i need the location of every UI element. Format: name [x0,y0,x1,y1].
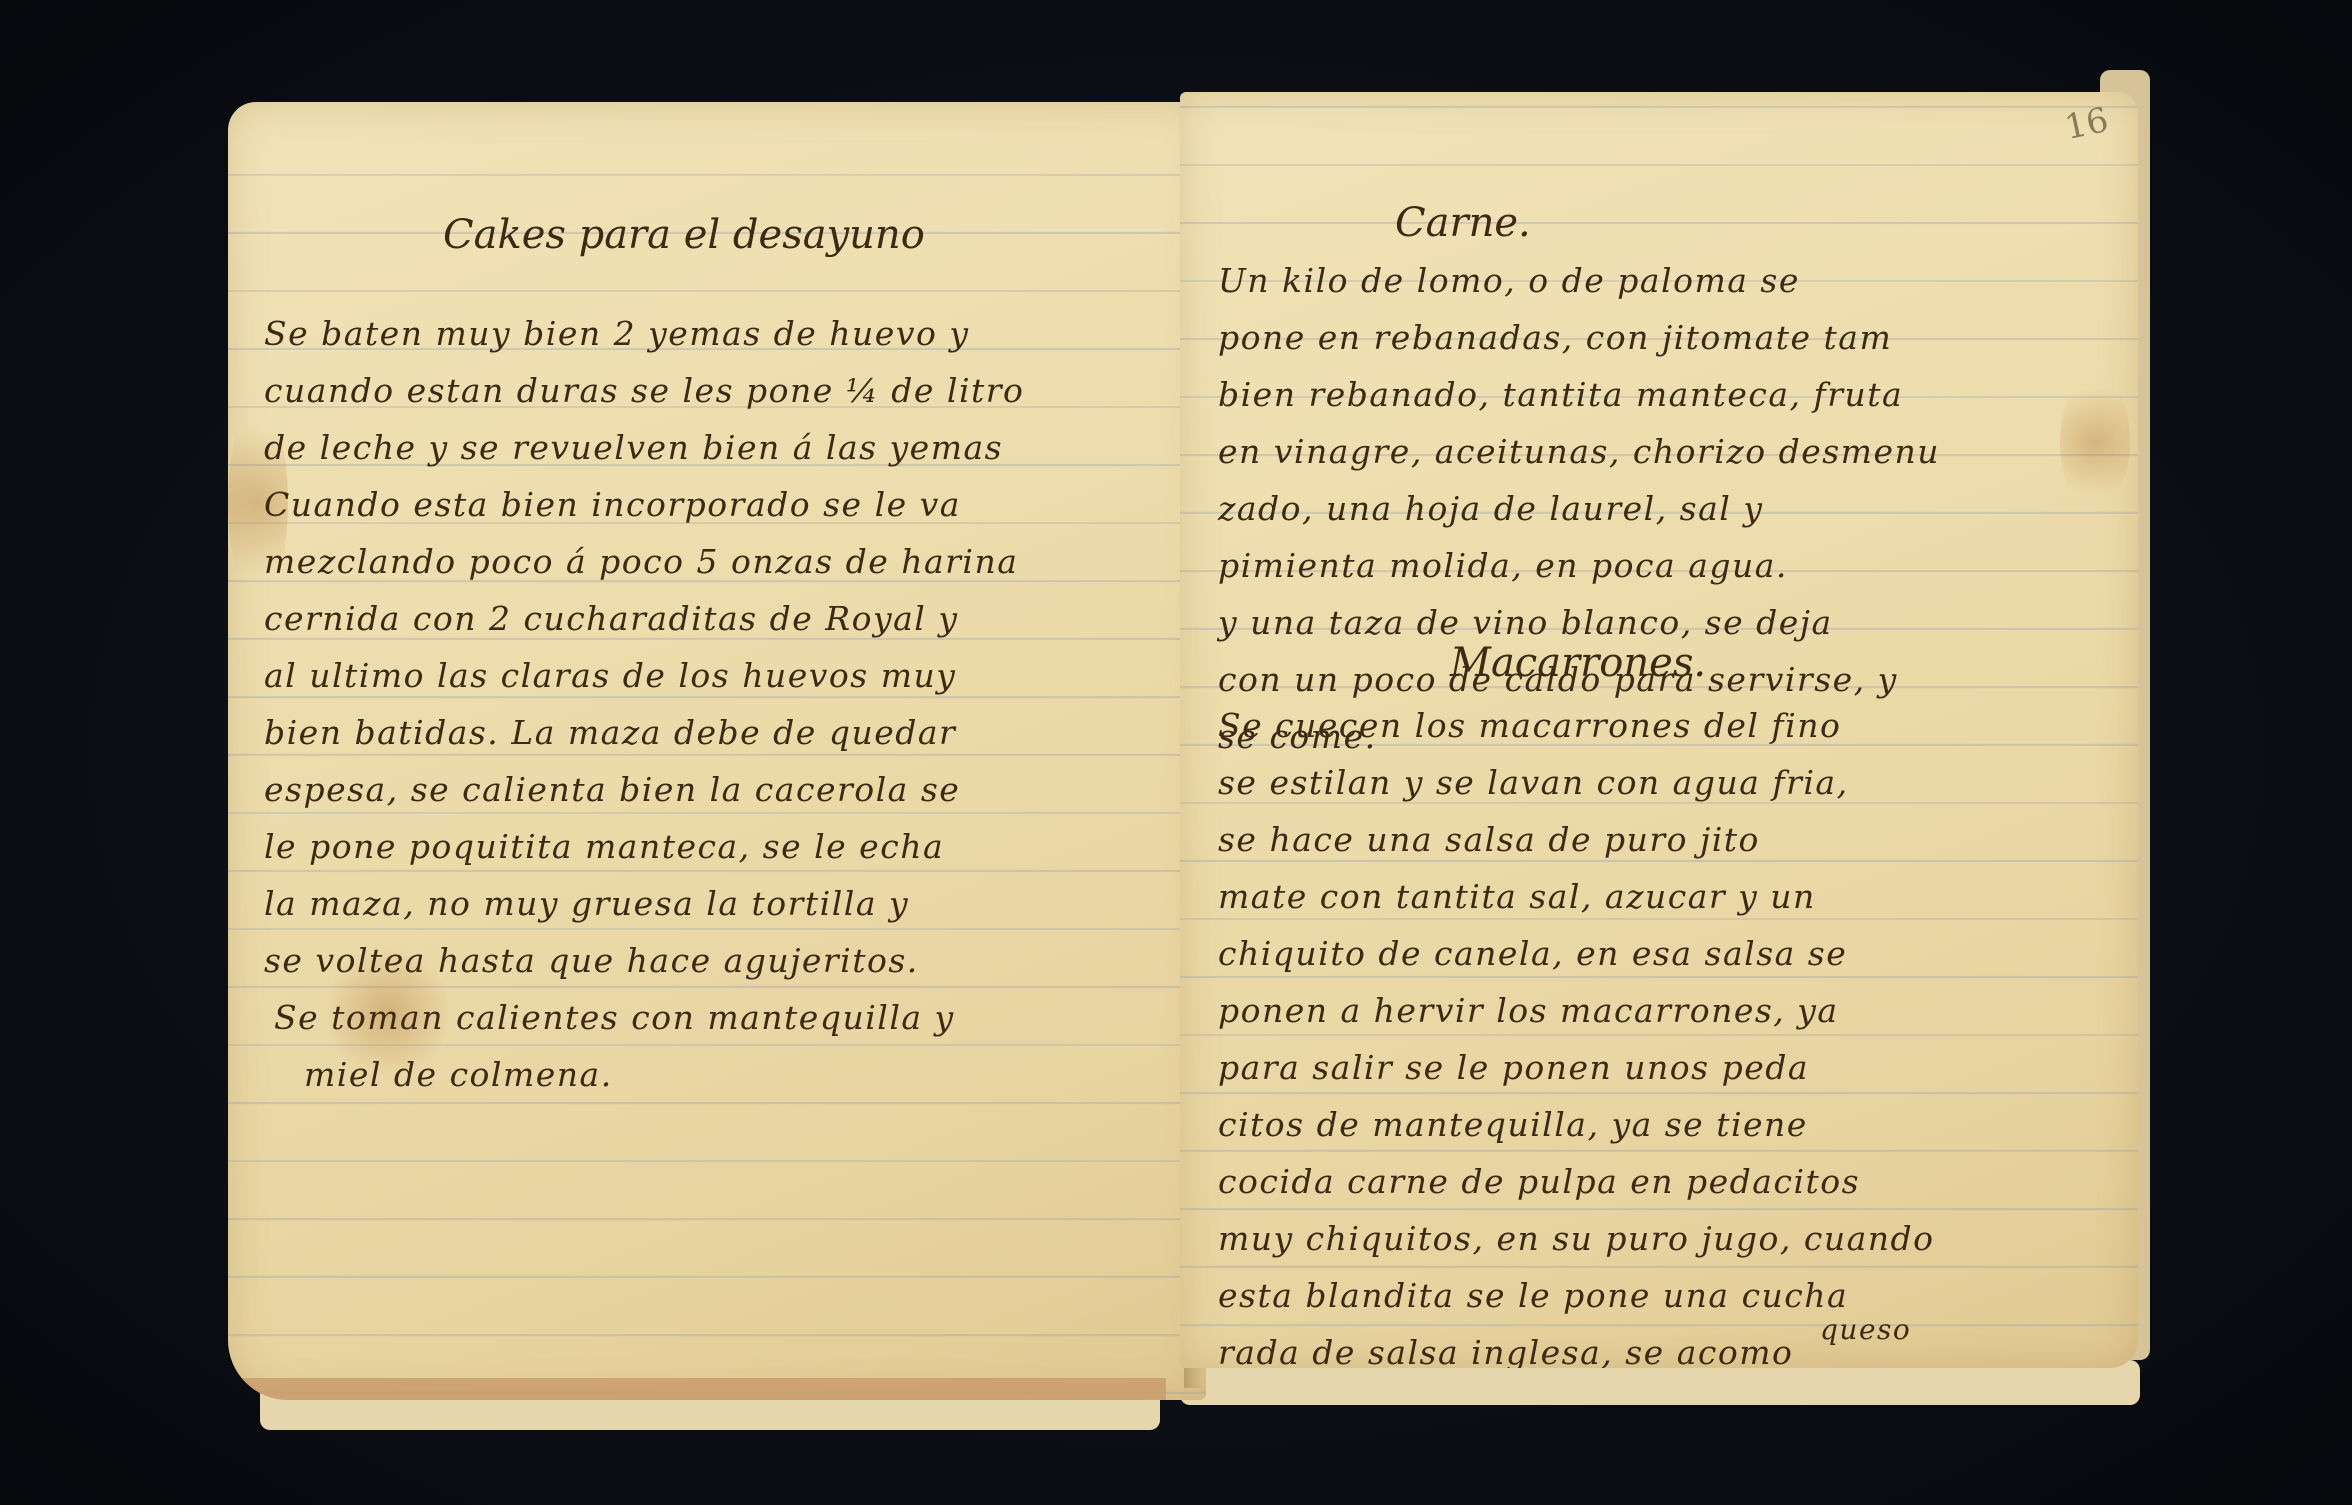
text-line: cuando estan duras se les pone ¼ de litr… [264,362,1024,419]
right-page: 16 Carne. Un kilo de lomo, o de paloma s… [1180,92,2138,1368]
text-line: miel de colmena. [264,1046,1024,1103]
left-page: Cakes para el desayuno Se baten muy bien… [228,102,1206,1400]
text-line: muy chiquitos, en su puro jugo, cuando [1218,1210,1935,1267]
recipe-body-carne: Un kilo de lomo, o de paloma se pone en … [1218,252,1940,765]
recipe-body-cakes: Se baten muy bien 2 yemas de huevo y cua… [264,305,1024,1103]
text-line: bien rebanado, tantita manteca, fruta [1218,366,1940,423]
text-line: de leche y se revuelven bien á las yemas [264,419,1024,476]
text-line: pimienta molida, en poca agua. [1218,537,1940,594]
text-line: al ultimo las claras de los huevos muy [264,647,1024,704]
text-line: cernida con 2 cucharaditas de Royal y [264,590,1024,647]
text-line: bien batidas. La maza debe de quedar [264,704,1024,761]
text-line: pone en rebanadas, con jitomate tam [1218,309,1940,366]
text-line: mate con tantita sal, azucar y un [1218,868,1935,925]
text-line: Se toman calientes con mantequilla y [264,989,1024,1046]
text-line-queso: queso [1820,1310,1911,1350]
text-line: ponen a hervir los macarrones, ya [1218,982,1935,1039]
text-line: se estilan y se lavan con agua fria, [1218,754,1935,811]
recipe-title-macarrones: Macarrones. [1450,640,1706,686]
text-line: se hace una salsa de puro jito [1218,811,1935,868]
text-line: para salir se le ponen unos peda [1218,1039,1935,1096]
text-line: le pone poquitita manteca, se le echa [264,818,1024,875]
text-line: la maza, no muy gruesa la tortilla y [264,875,1024,932]
text-line: zado, una hoja de laurel, sal y [1218,480,1940,537]
text-line: Se cuecen los macarrones del fino [1218,697,1935,754]
page-number: 16 [2061,100,2112,148]
text-line: chiquito de canela, en esa salsa se [1218,925,1935,982]
recipe-body-macarrones: Se cuecen los macarrones del fino se est… [1218,697,1935,1368]
text-line: citos de mantequilla, ya se tiene [1218,1096,1935,1153]
text-line: mezclando poco á poco 5 onzas de harina [264,533,1024,590]
text-line: en vinagre, aceitunas, chorizo desmenu [1218,423,1940,480]
recipe-title-carne: Carne. [1395,200,1531,246]
recipe-title-cakes: Cakes para el desayuno [443,212,925,258]
page-bottom-edge [238,1378,1166,1400]
text-line: cocida carne de pulpa en pedacitos [1218,1153,1935,1210]
text-line: Se baten muy bien 2 yemas de huevo y [264,305,1024,362]
text-line: Un kilo de lomo, o de paloma se [1218,252,1940,309]
text-line: se voltea hasta que hace agujeritos. [264,932,1024,989]
text-line: Cuando esta bien incorporado se le va [264,476,1024,533]
water-stain [2060,372,2130,512]
text-line: espesa, se calienta bien la cacerola se [264,761,1024,818]
